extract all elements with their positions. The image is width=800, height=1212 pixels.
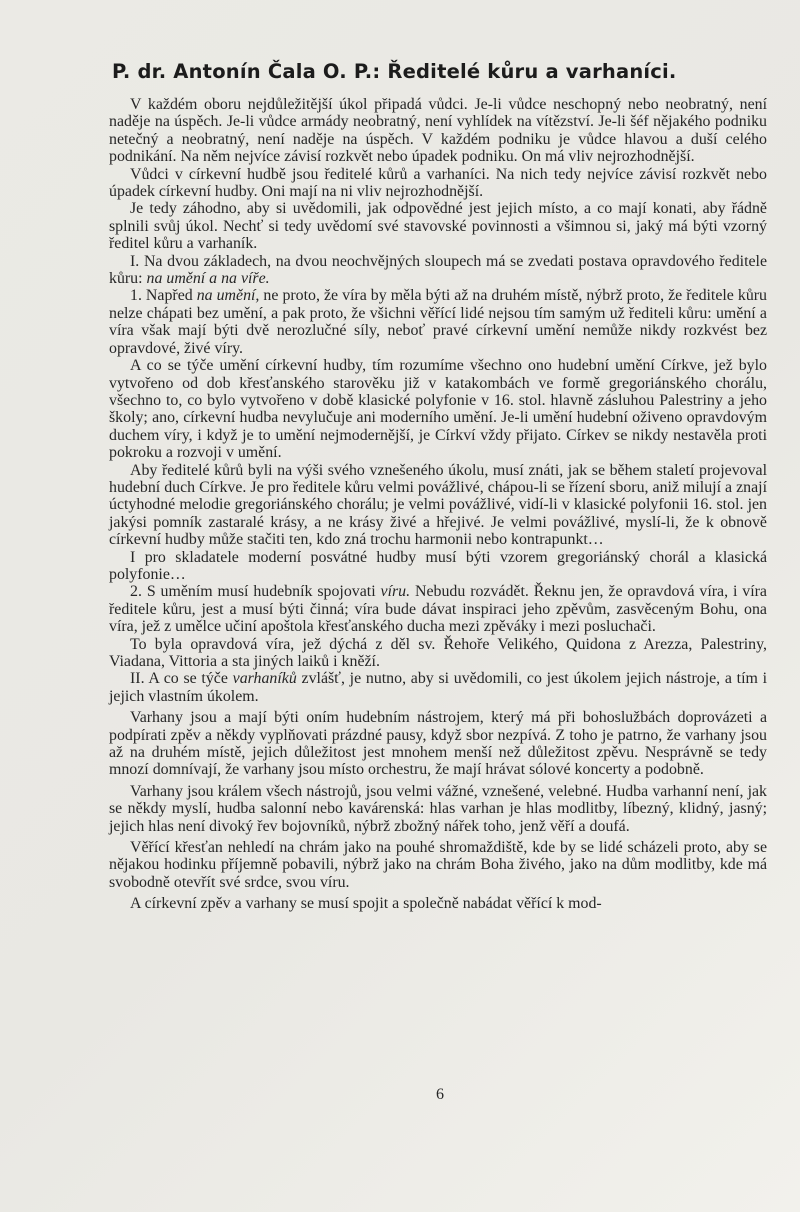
article-body: V každém oboru nejdůležitější úkol připa…: [109, 96, 767, 913]
paragraph: V každém oboru nejdůležitější úkol připa…: [109, 96, 767, 166]
paragraph: Vůdci v církevní hudbě jsou ředitelé kůr…: [109, 166, 767, 201]
paragraph: 2. S uměním musí hudebník spojovati víru…: [109, 583, 767, 635]
paragraph: Varhany jsou a mají býti oním hudebním n…: [109, 709, 767, 779]
paragraph-text: 2. S uměním musí hudebník spojovati: [130, 583, 381, 600]
emphasis-text: na umění a na víře.: [147, 270, 270, 287]
paragraph: I pro skladatele moderní posvátné hudby …: [109, 549, 767, 584]
paragraph-text: Vůdci v církevní hudbě jsou ředitelé kůr…: [109, 166, 767, 200]
paragraph-text: A církevní zpěv a varhany se musí spojit…: [130, 895, 602, 912]
emphasis-text: varhaníků: [233, 670, 297, 687]
paragraph: Je tedy záhodno, aby si uvědomili, jak o…: [109, 200, 767, 252]
paragraph: A církevní zpěv a varhany se musí spojit…: [109, 895, 767, 912]
paragraph: Věřící křesťan nehledí na chrám jako na …: [109, 839, 767, 891]
paragraph: II. A co se týče varhaníků zvlášť, je nu…: [109, 670, 767, 705]
paragraph-text: Věřící křesťan nehledí na chrám jako na …: [109, 839, 767, 891]
paragraph-text: Varhany jsou králem všech nástrojů, jsou…: [109, 783, 767, 835]
book-page: P. dr. Antonín Čala O. P.: Ředitelé kůru…: [0, 0, 800, 1212]
paragraph: Aby ředitelé kůrů byli na výši svého vzn…: [109, 462, 767, 549]
paragraph: Varhany jsou králem všech nástrojů, jsou…: [109, 783, 767, 835]
article-title: P. dr. Antonín Čala O. P.: Ředitelé kůru…: [112, 60, 792, 83]
paragraph: 1. Napřed na umění, ne proto, že víra by…: [109, 287, 767, 357]
emphasis-text: víru.: [381, 583, 411, 600]
paragraph-text: 1. Napřed: [130, 287, 197, 304]
paragraph-text: To byla opravdová víra, jež dýchá z děl …: [109, 636, 767, 670]
paragraph-text: Aby ředitelé kůrů byli na výši svého vzn…: [109, 462, 767, 549]
paragraph: To byla opravdová víra, jež dýchá z děl …: [109, 636, 767, 671]
paragraph-text: I pro skladatele moderní posvátné hudby …: [109, 549, 767, 583]
paragraph-text: II. A co se týče: [130, 670, 233, 687]
paragraph-text: Je tedy záhodno, aby si uvědomili, jak o…: [109, 200, 767, 252]
paragraph-text: V každém oboru nejdůležitější úkol připa…: [109, 96, 767, 165]
page-number: 6: [0, 1086, 800, 1104]
emphasis-text: na umění,: [197, 287, 260, 304]
paragraph-text: A co se týče umění církevní hudby, tím r…: [109, 357, 767, 461]
paragraph: A co se týče umění církevní hudby, tím r…: [109, 357, 767, 461]
paragraph: I. Na dvou základech, na dvou neochvějný…: [109, 253, 767, 288]
paragraph-text: Varhany jsou a mají býti oním hudebním n…: [109, 709, 767, 778]
